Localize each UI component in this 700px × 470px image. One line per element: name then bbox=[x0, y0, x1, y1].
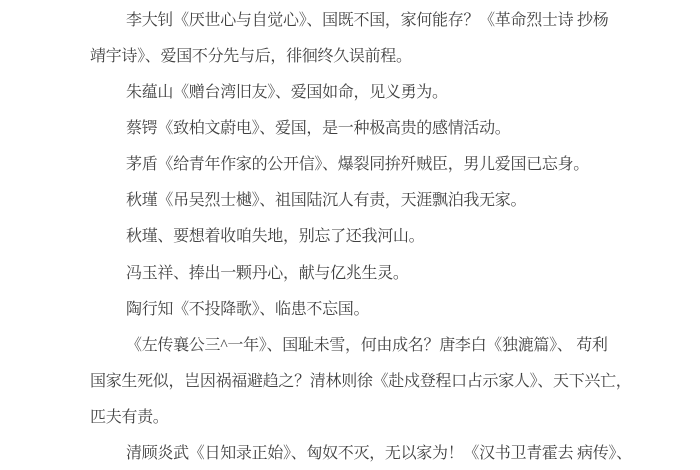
text-line: 清顾炎武《日知录正始》、匈奴不灭，无以家为！《汉书卫青霍去 病传》、 bbox=[0, 434, 700, 470]
text-line: 靖宇诗》、爱国不分先与后，徘徊终久误前程。 bbox=[0, 36, 700, 72]
text-line: 秋瑾、要想着收咱失地，别忘了还我河山。 bbox=[0, 217, 700, 253]
document-page: 李大钊《厌世心与自觉心》、国既不国，家何能存？《革命烈士诗 抄杨靖宇诗》、爱国不… bbox=[0, 0, 700, 470]
text-line: 朱蕴山《赠台湾旧友》、爱国如命，见义勇为。 bbox=[0, 72, 700, 108]
text-line: 蔡锷《致柏文蔚电》、爱国，是一种极高贵的感情活动。 bbox=[0, 108, 700, 144]
text-line: 秋瑾《吊吴烈士樾》、祖国陆沉人有责，天涯飘泊我无家。 bbox=[0, 181, 700, 217]
text-line: 冯玉祥、捧出一颗丹心，献与亿兆生灵。 bbox=[0, 253, 700, 289]
document-text-block: 李大钊《厌世心与自觉心》、国既不国，家何能存？《革命烈士诗 抄杨靖宇诗》、爱国不… bbox=[0, 0, 700, 470]
text-line: 李大钊《厌世心与自觉心》、国既不国，家何能存？《革命烈士诗 抄杨 bbox=[0, 0, 700, 36]
text-line: 《左传襄公三^一年》、国耻未雪，何由成名？唐李白《独漉篇》、 苟利 bbox=[0, 325, 700, 361]
text-line: 陶行知《不投降歌》、临患不忘国。 bbox=[0, 289, 700, 325]
text-line: 茅盾《给青年作家的公开信》、爆裂同拚歼贼臣，男儿爱国已忘身。 bbox=[0, 145, 700, 181]
text-line: 匹夫有责。 bbox=[0, 398, 700, 434]
text-line: 国家生死似，岂因祸福避趋之？清林则徐《赴戍登程口占示家人》、天下兴亡， bbox=[0, 361, 700, 397]
